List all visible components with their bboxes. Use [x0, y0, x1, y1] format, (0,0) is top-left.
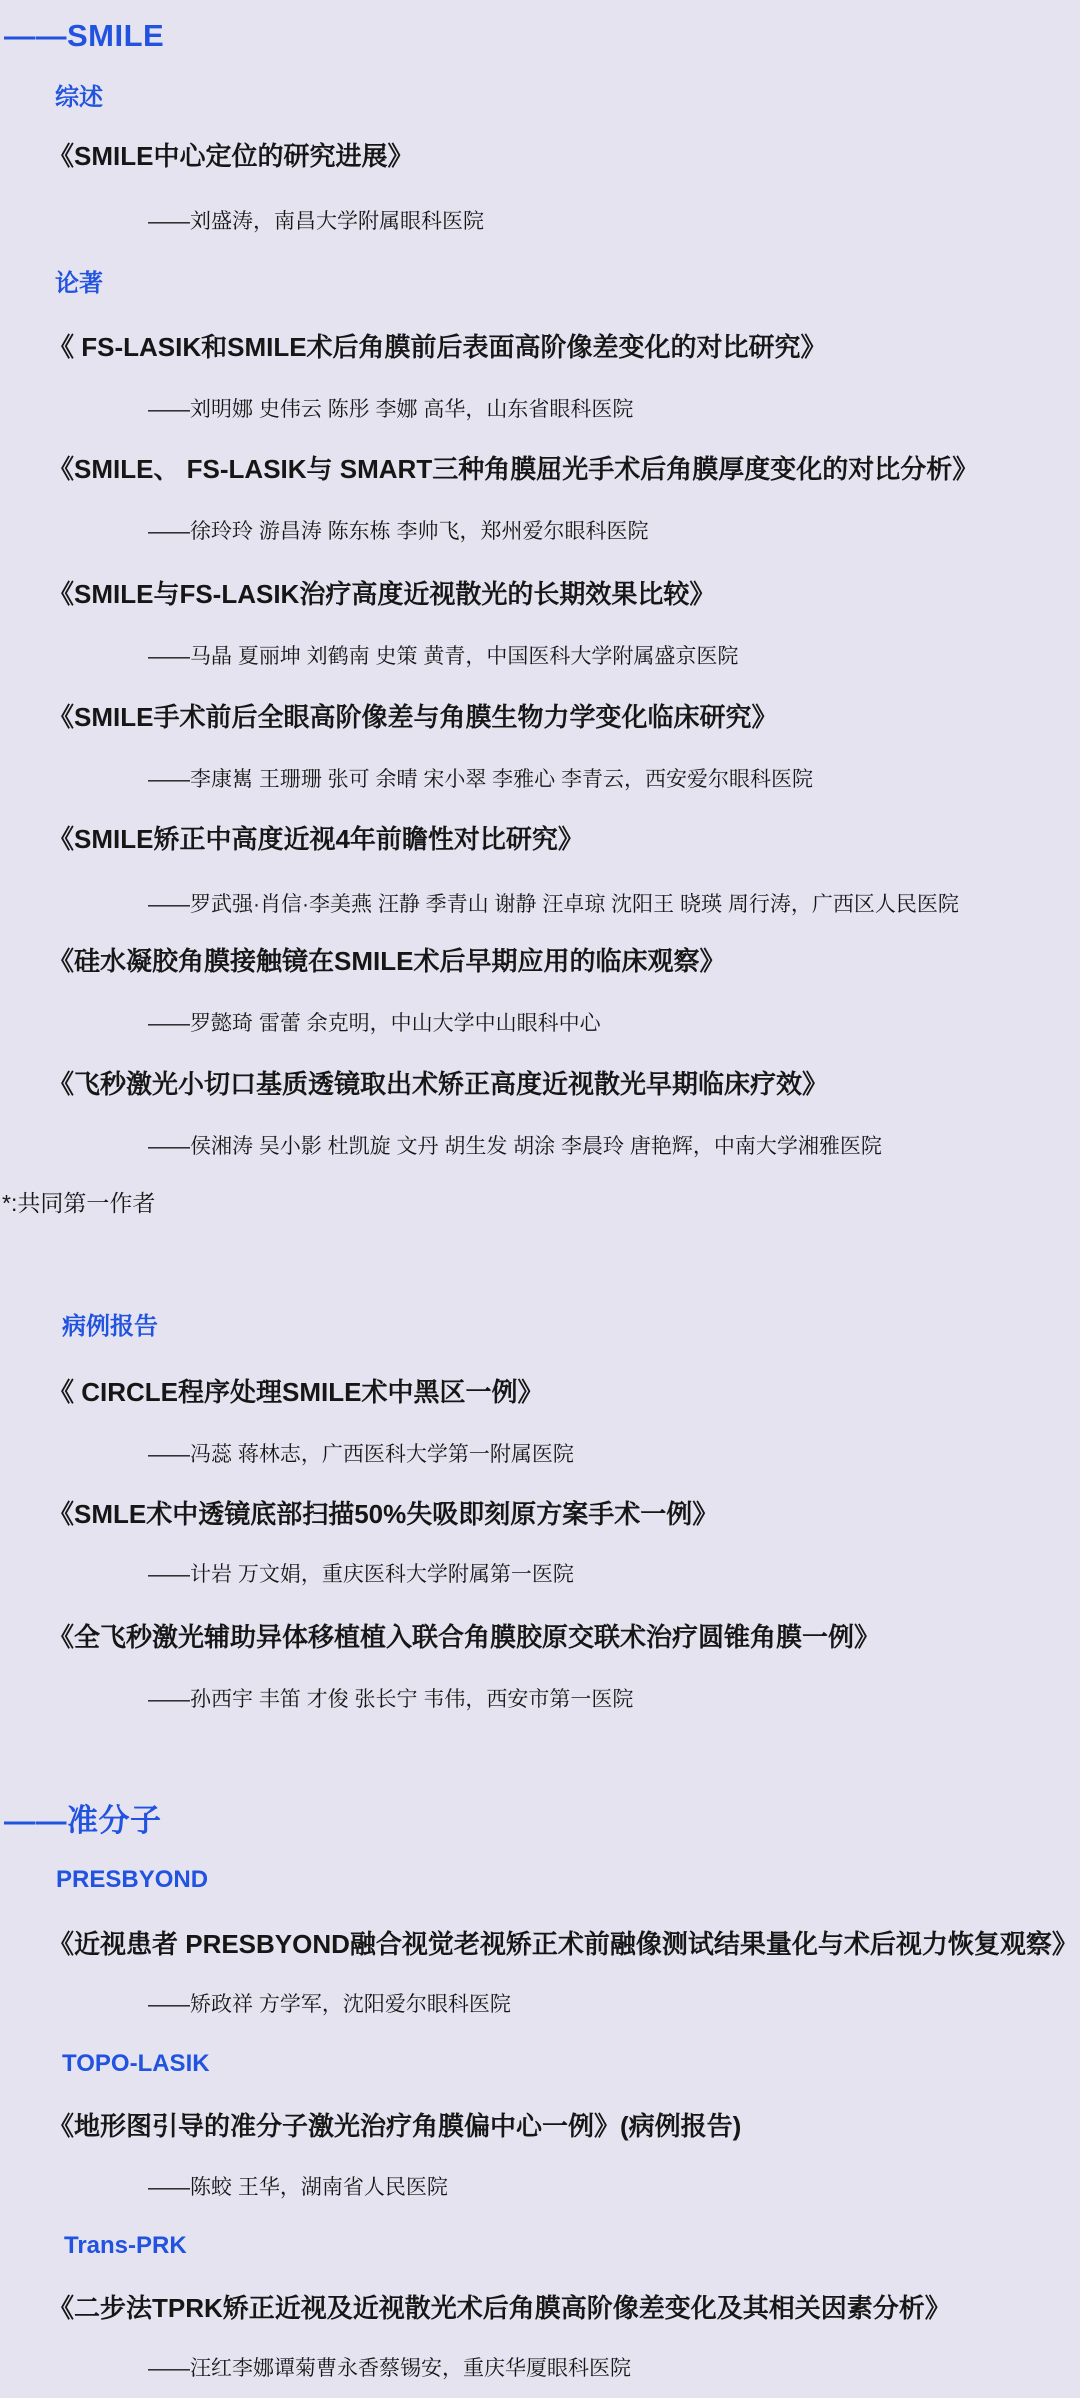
paper-authors: ——侯湘涛 吴小影 杜凯旋 文丹 胡生发 胡涂 李晨玲 唐艳辉，中南大学湘雅医院	[148, 1135, 882, 1159]
paper-authors: ——孙西宇 丰笛 才俊 张长宁 韦伟，西安市第一医院	[148, 1688, 633, 1712]
paper-authors: ——李康嶲 王珊珊 张可 余晴 宋小翠 李雅心 李青云，西安爱尔眼科医院	[148, 768, 813, 792]
group-label-articles: 论著	[55, 270, 103, 298]
section-heading-excimer: ——准分子	[4, 1803, 162, 1839]
paper-authors: ——冯蕊 蒋林志，广西医科大学第一附属医院	[148, 1443, 574, 1467]
paper-title: 《SMILE矫正中高度近视4年前瞻性对比研究》	[48, 825, 584, 855]
paper-authors: ——陈蛟 王华，湖南省人民医院	[148, 2176, 448, 2200]
paper-authors: ——汪红李娜谭菊曹永香蔡锡安，重庆华厦眼科医院	[148, 2357, 631, 2381]
paper-title: 《硅水凝胶角膜接触镜在SMILE术后早期应用的临床观察》	[48, 947, 725, 977]
paper-title: 《飞秒激光小切口基质透镜取出术矫正高度近视散光早期临床疗效》	[48, 1070, 828, 1100]
paper-authors: ——刘盛涛，南昌大学附属眼科医院	[148, 210, 484, 234]
co-first-author-footnote: *:共同第一作者	[2, 1190, 155, 1216]
paper-authors: ——罗武强·肖信·李美燕 汪静 季青山 谢静 汪卓琼 沈阳王 晓瑛 周行涛，广西…	[148, 893, 959, 917]
paper-title: 《二步法TPRK矫正近视及近视散光术后角膜高阶像差变化及其相关因素分析》	[48, 2294, 951, 2324]
paper-title: 《 FS-LASIK和SMILE术后角膜前后表面高阶像差变化的对比研究》	[48, 333, 827, 363]
paper-title: 《SMILE与FS-LASIK治疗高度近视散光的长期效果比较》	[48, 580, 715, 610]
group-label-overview: 综述	[55, 84, 103, 112]
paper-authors: ——徐玲玲 游昌涛 陈东栋 李帅飞，郑州爱尔眼科医院	[148, 520, 649, 544]
paper-title: 《地形图引导的准分子激光治疗角膜偏中心一例》(病例报告)	[48, 2112, 741, 2142]
paper-title: 《SMILE手术前后全眼高阶像差与角膜生物力学变化临床研究》	[48, 703, 777, 733]
paper-authors: ——罗懿琦 雷蕾 余克明，中山大学中山眼科中心	[148, 1012, 601, 1036]
paper-title: 《SMLE术中透镜底部扫描50%失吸即刻原方案手术一例》	[48, 1500, 718, 1530]
group-label-trans-prk: Trans-PRK	[64, 2232, 187, 2260]
group-label-case-reports: 病例报告	[62, 1313, 158, 1341]
paper-authors: ——计岩 万文娟，重庆医科大学附属第一医院	[148, 1563, 574, 1587]
group-label-topo-lasik: TOPO-LASIK	[62, 2050, 210, 2078]
section-heading-smile: ——SMILE	[4, 18, 164, 54]
paper-title: 《SMILE、 FS-LASIK与 SMART三种角膜屈光手术后角膜厚度变化的对…	[48, 455, 978, 485]
paper-authors: ——刘明娜 史伟云 陈彤 李娜 高华，山东省眼科医院	[148, 398, 633, 422]
paper-authors: ——矫政祥 方学军，沈阳爱尔眼科医院	[148, 1993, 511, 2017]
program-page: ——SMILE 综述 《SMILE中心定位的研究进展》 ——刘盛涛，南昌大学附属…	[0, 0, 1080, 2398]
group-label-presbyond: PRESBYOND	[56, 1866, 208, 1894]
paper-title: 《近视患者 PRESBYOND融合视觉老视矫正术前融像测试结果量化与术后视力恢复…	[48, 1930, 1078, 1960]
paper-title: 《 CIRCLE程序处理SMILE术中黑区一例》	[48, 1378, 543, 1408]
paper-authors: ——马晶 夏丽坤 刘鹤南 史策 黄青，中国医科大学附属盛京医院	[148, 645, 738, 669]
paper-title: 《全飞秒激光辅助异体移植植入联合角膜胶原交联术治疗圆锥角膜一例》	[48, 1623, 880, 1653]
paper-title: 《SMILE中心定位的研究进展》	[48, 142, 413, 172]
